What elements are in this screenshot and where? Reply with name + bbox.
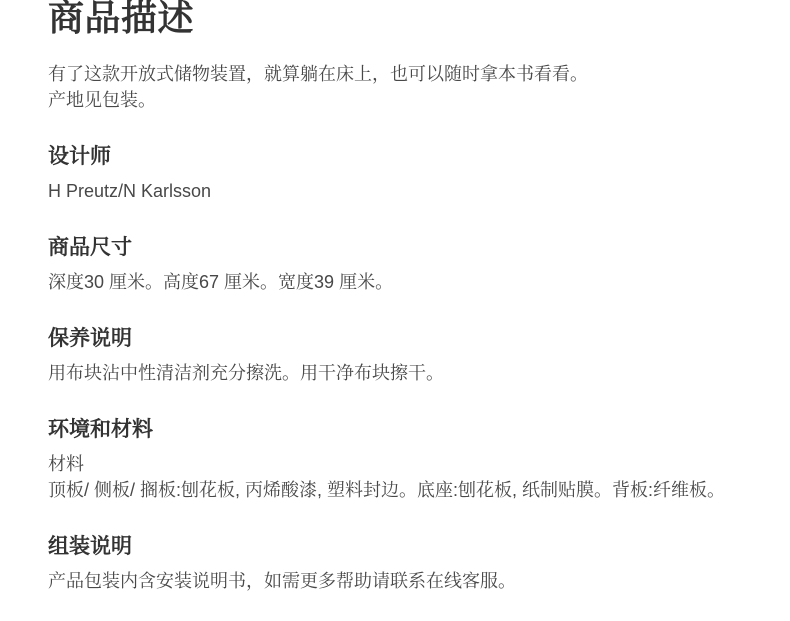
- care-text: 用布块沾中性清洁剂充分擦洗。用干净布块擦干。: [48, 360, 742, 386]
- intro-line-2: 产地见包装。: [48, 87, 742, 113]
- section-designer-heading: 设计师: [48, 143, 742, 171]
- assembly-text: 产品包装内含安装说明书，如需更多帮助请联系在线客服。: [48, 568, 742, 594]
- materials-detail: 顶板/ 侧板/ 搁板:刨花板, 丙烯酸漆, 塑料封边。底座:刨花板, 纸制贴膜。…: [48, 477, 742, 503]
- designer-name: H Preutz/N Karlsson: [48, 178, 742, 204]
- section-assembly: 组装说明 产品包装内含安装说明书，如需更多帮助请联系在线客服。: [48, 533, 742, 594]
- product-intro: 有了这款开放式储物装置，就算躺在床上，也可以随时拿本书看看。 产地见包装。: [48, 61, 742, 113]
- section-care-heading: 保养说明: [48, 325, 742, 353]
- section-dimensions: 商品尺寸 深度30 厘米。高度67 厘米。宽度39 厘米。: [48, 234, 742, 295]
- section-environment-materials-heading: 环境和材料: [48, 416, 742, 444]
- section-care: 保养说明 用布块沾中性清洁剂充分擦洗。用干净布块擦干。: [48, 325, 742, 386]
- dimensions-text: 深度30 厘米。高度67 厘米。宽度39 厘米。: [48, 269, 742, 295]
- section-environment-materials: 环境和材料 材料 顶板/ 侧板/ 搁板:刨花板, 丙烯酸漆, 塑料封边。底座:刨…: [48, 416, 742, 503]
- intro-line-1: 有了这款开放式储物装置，就算躺在床上，也可以随时拿本书看看。: [48, 61, 742, 87]
- product-description-page: 商品描述 有了这款开放式储物装置，就算躺在床上，也可以随时拿本书看看。 产地见包…: [0, 0, 790, 594]
- section-dimensions-heading: 商品尺寸: [48, 234, 742, 262]
- section-designer: 设计师 H Preutz/N Karlsson: [48, 143, 742, 204]
- section-assembly-heading: 组装说明: [48, 533, 742, 561]
- materials-label: 材料: [48, 451, 742, 477]
- page-title: 商品描述: [48, 0, 742, 39]
